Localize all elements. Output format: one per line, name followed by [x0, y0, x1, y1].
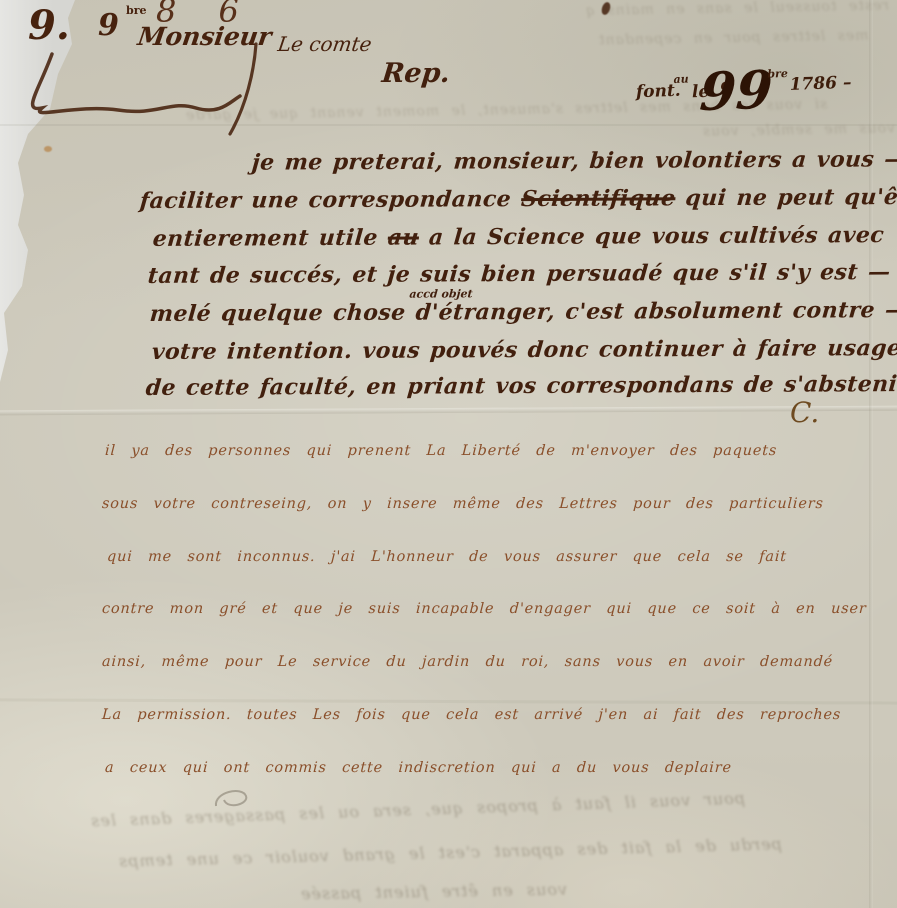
paraph-mark: C.: [790, 396, 819, 429]
reply-line-2: sous votre contreseing, on y insere même…: [102, 496, 825, 512]
struck-word: Scientifique: [520, 185, 676, 212]
dateline-year: 1786 –: [789, 73, 851, 95]
reply-line-6: La permission. toutes Les fois que cela …: [102, 707, 842, 723]
dateline-big-numeral: 99: [698, 59, 775, 123]
photograph-of-letter: au reste tousseul le sans en mains q mes…: [0, 0, 897, 908]
body-line-5-pre: melé quelque chose d'étranger,: [149, 299, 567, 327]
dateline-month-sup: bre: [767, 67, 788, 81]
docket-month-sup: bre: [126, 4, 147, 17]
body-line-3-post: a la Science que vous cultivés avec: [418, 222, 885, 250]
body-line-2-post: qui ne peut qu'être: [674, 184, 897, 211]
reply-line-7: a ceux qui ont commis cette indiscretion…: [105, 760, 733, 776]
reply-line-5: ainsi, même pour Le service du jardin du…: [102, 654, 834, 670]
reply-abbr: Rep.: [380, 58, 451, 89]
body-line-3: entierement utile au a la Science que vo…: [152, 222, 885, 252]
stain-dot: [44, 146, 52, 152]
docket-month: 9: [98, 8, 119, 43]
struck-word: au: [387, 225, 420, 251]
dateline-place-sup: au: [673, 72, 689, 86]
reply-line-3: qui me sont inconnus. j'ai L'honneur de …: [107, 549, 788, 565]
body-line-2: faciliter une correspondance Scientifiqu…: [139, 184, 897, 214]
dateline: font. au le 9 99 bre 1786 –: [627, 53, 889, 132]
flourish-swash-icon: [18, 40, 288, 140]
body-line-7: de cette faculté, en priant vos correspo…: [145, 371, 897, 401]
body-line-6: votre intention. vous pouvés donc contin…: [151, 335, 897, 365]
reply-line-4: contre mon gré et que je suis incapable …: [102, 601, 867, 617]
body-line-5: accd objet melé quelque chose d'étranger…: [149, 297, 897, 327]
body-line-2-pre: faciliter une correspondance: [139, 186, 523, 214]
body-line-3-pre: entierement utile: [152, 225, 389, 252]
body-line-4: tant de succés, et je suis bien persuadé…: [147, 259, 892, 289]
body-line-5-post: c'est absolument contre —: [564, 297, 897, 325]
body-line-1: je me preterai, monsieur, bien volontier…: [251, 146, 897, 175]
interlinear-note: accd objet: [409, 287, 473, 300]
reply-line-1: il ya des personnes qui prenent La Liber…: [105, 443, 778, 459]
addressee: Le comte: [276, 32, 373, 56]
